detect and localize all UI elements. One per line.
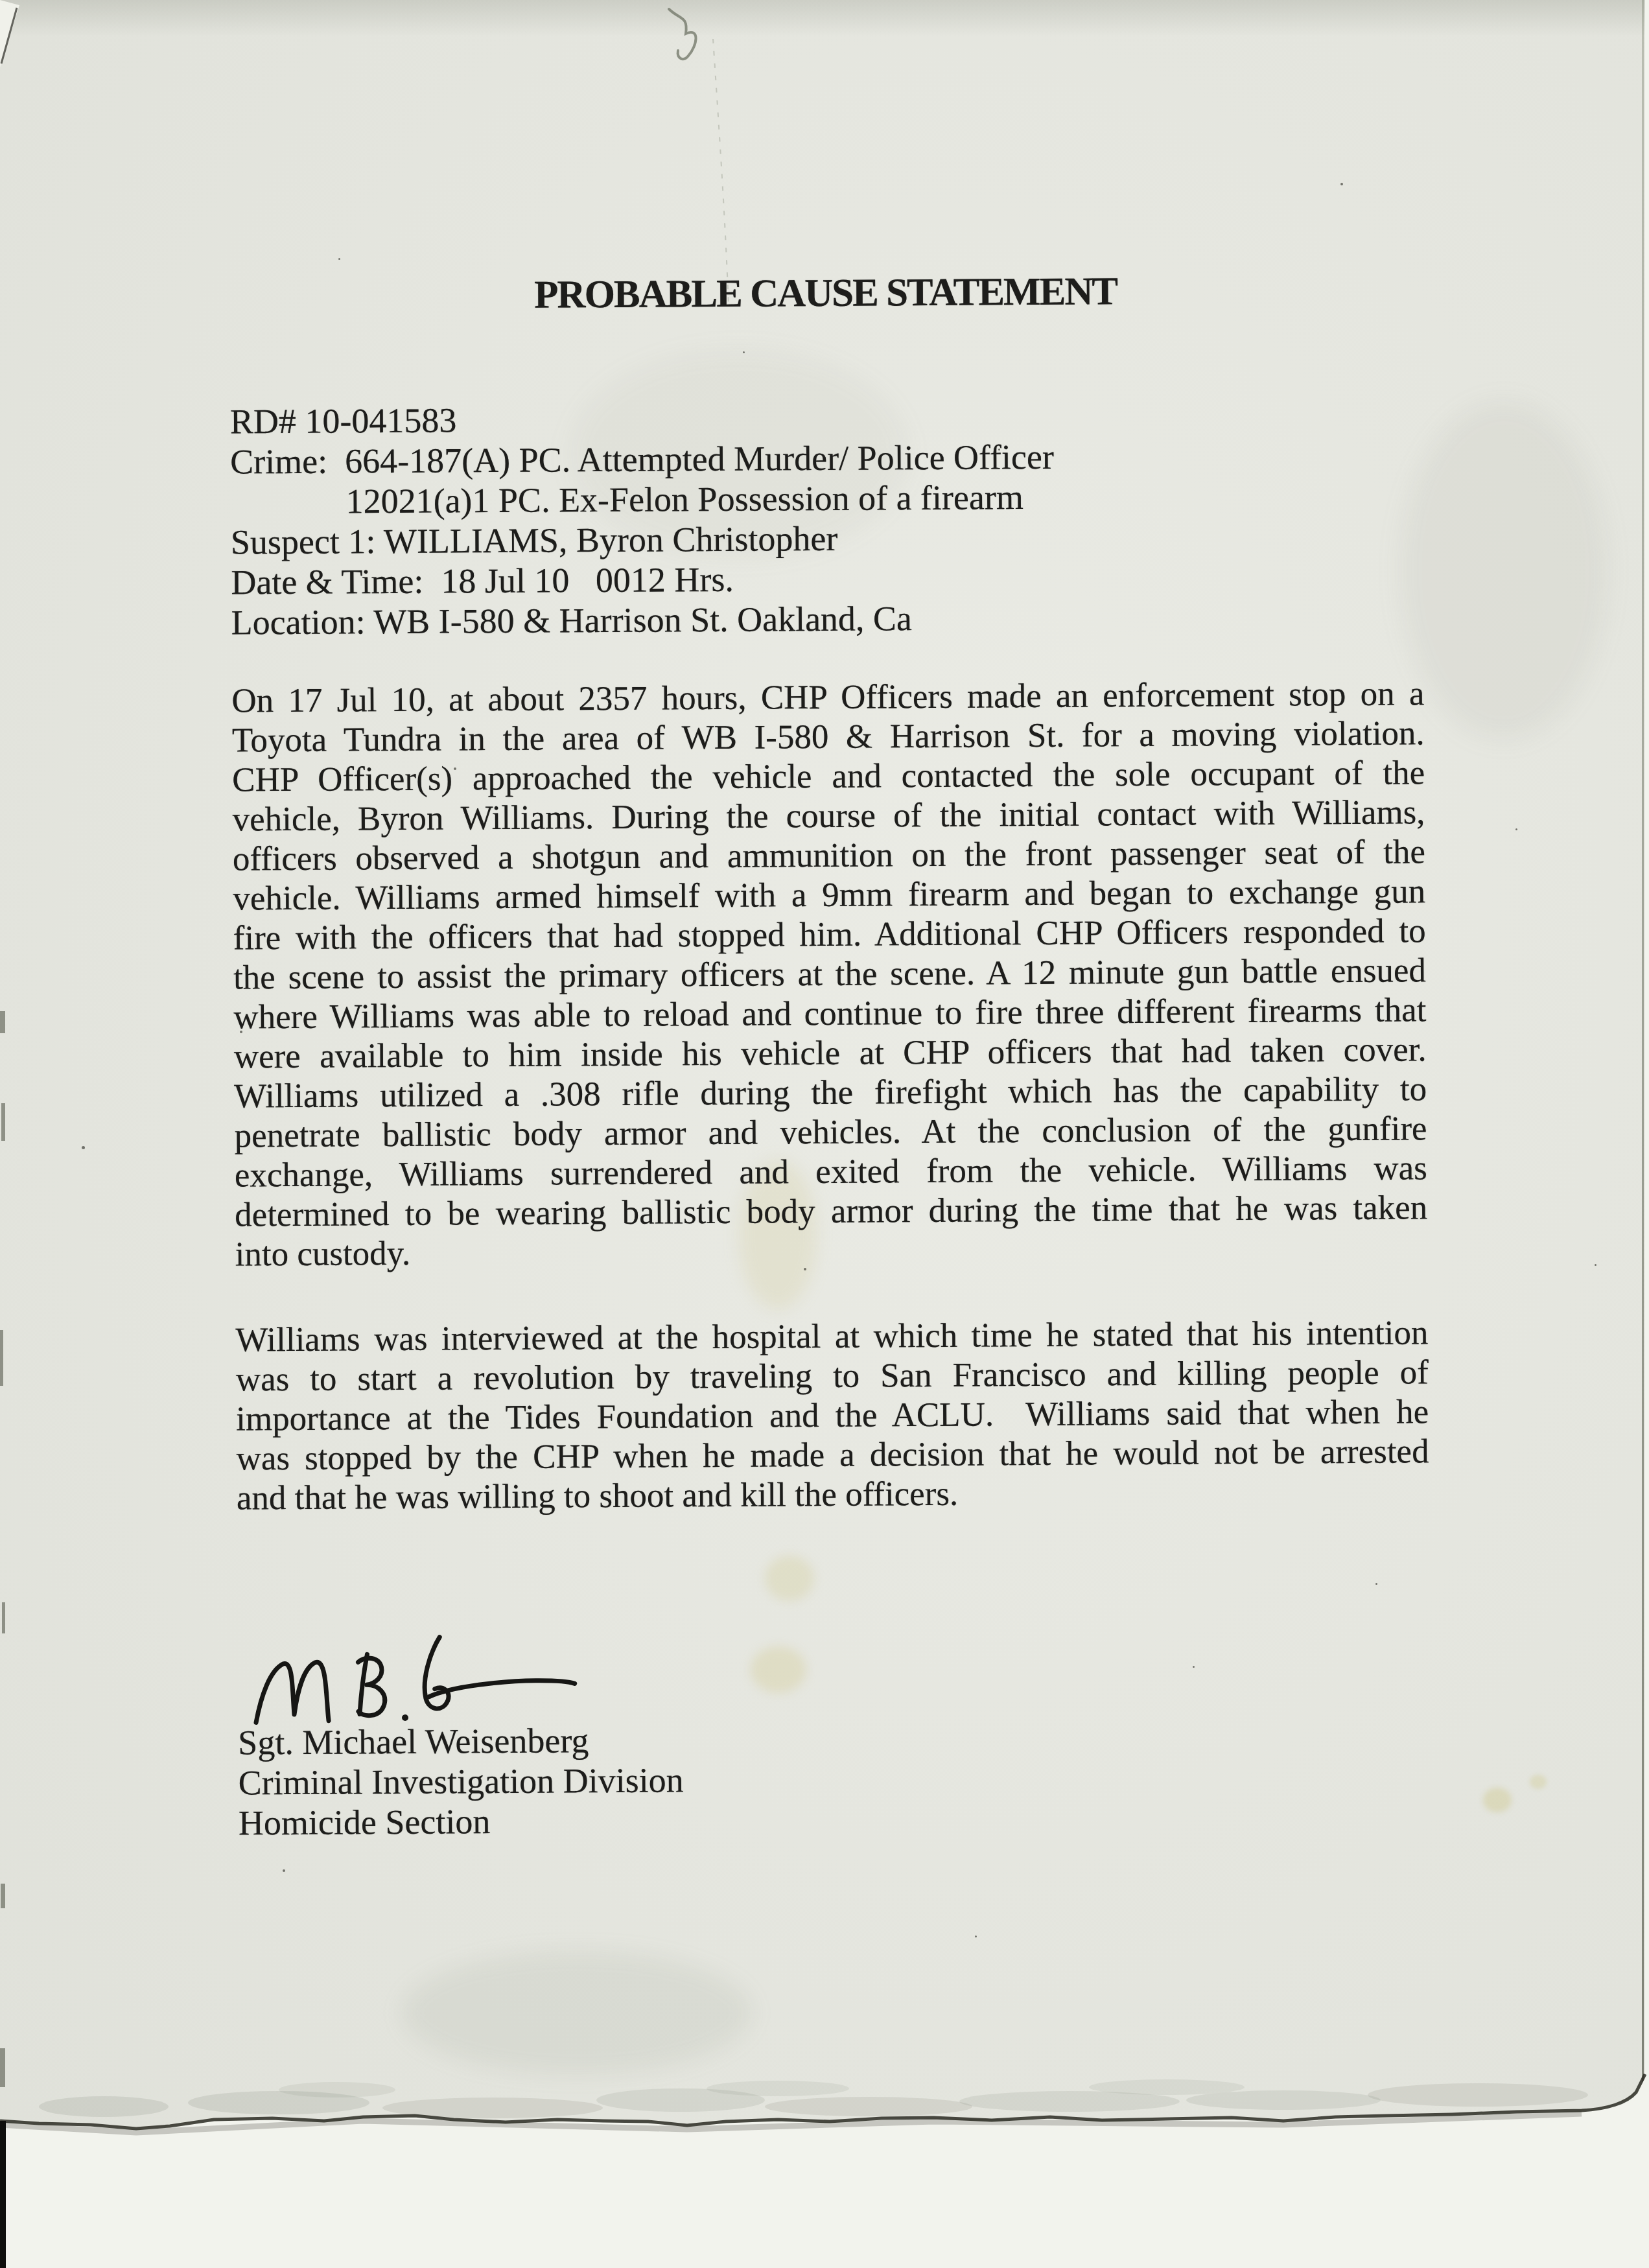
scanned-document-page: PROBABLE CAUSE STATEMENT RD# 10-041583 C… [0,0,1649,2268]
text-line: where Williams was able to reload and co… [233,990,1426,1037]
text-line: vehicle, Byron Williams. During the cour… [232,793,1425,839]
text-line: importance at the Tides Foundation and t… [236,1392,1429,1439]
text-line: into custody. [235,1228,1427,1274]
text-line: was to start a revolution by traveling t… [236,1353,1429,1399]
text-line: the scene to assist the primary officers… [233,951,1426,998]
document-content: PROBABLE CAUSE STATEMENT RD# 10-041583 C… [0,0,1649,2268]
narrative-paragraph-2: Williams was interviewed at the hospital… [235,1313,1429,1518]
text-line: On 17 Jul 10, at about 2357 hours, CHP O… [231,674,1424,721]
edge-smudge [0,2048,5,2087]
text-line: Williams was interviewed at the hospital… [235,1313,1428,1360]
narrative-paragraph-1: On 17 Jul 10, at about 2357 hours, CHP O… [231,674,1428,1274]
text-line: exchange, Williams surrendered and exite… [235,1149,1427,1195]
crime-line-2: 12021(a)1 PC. Ex-Felon Possession of a f… [230,474,1462,522]
text-line: CHP Officer(s) approached the vehicle an… [232,753,1425,800]
signer-division: Criminal Investigation Division [238,1758,1016,1803]
text-line: and that he was willing to shoot and kil… [237,1471,1429,1518]
text-line: Williams utilized a .308 rifle during th… [234,1070,1427,1116]
suspect-line: Suspect 1: WILLIAMS, Byron Christopher [231,515,1462,563]
date-time-line: Date & Time: 18 Jul 10 0012 Hrs. [231,555,1462,603]
signer-section: Homicide Section [239,1798,1016,1843]
signer-name: Sgt. Michael Weisenberg [238,1718,1016,1762]
document-title: PROBABLE CAUSE STATEMENT [229,269,1421,318]
crime-line-1: Crime: 664-187(A) PC. Attempted Murder/ … [230,434,1462,482]
edge-smudge [1,1884,5,1908]
text-line: penetrate ballistic body armor and vehic… [234,1109,1427,1156]
signature-period-dot [402,1714,408,1721]
text-line: fire with the officers that had stopped … [233,911,1425,958]
text-line: vehicle. Williams armed himself with a 9… [233,872,1425,918]
text-line: were available to him inside his vehicle… [234,1030,1427,1077]
signature-block: Sgt. Michael Weisenberg Criminal Investi… [238,1718,1016,1843]
text-line: Toyota Tundra in the area of WB I-580 & … [232,714,1425,760]
text-line: was stopped by the CHP when he made a de… [236,1432,1429,1479]
location-line: Location: WB I-580 & Harrison St. Oaklan… [231,595,1462,643]
text-line: determined to be wearing ballistic body … [235,1188,1427,1235]
rd-number-line: RD# 10-041583 [230,394,1462,442]
case-header: RD# 10-041583 Crime: 664-187(A) PC. Atte… [230,394,1463,643]
text-line: officers observed a shotgun and ammuniti… [233,832,1425,879]
